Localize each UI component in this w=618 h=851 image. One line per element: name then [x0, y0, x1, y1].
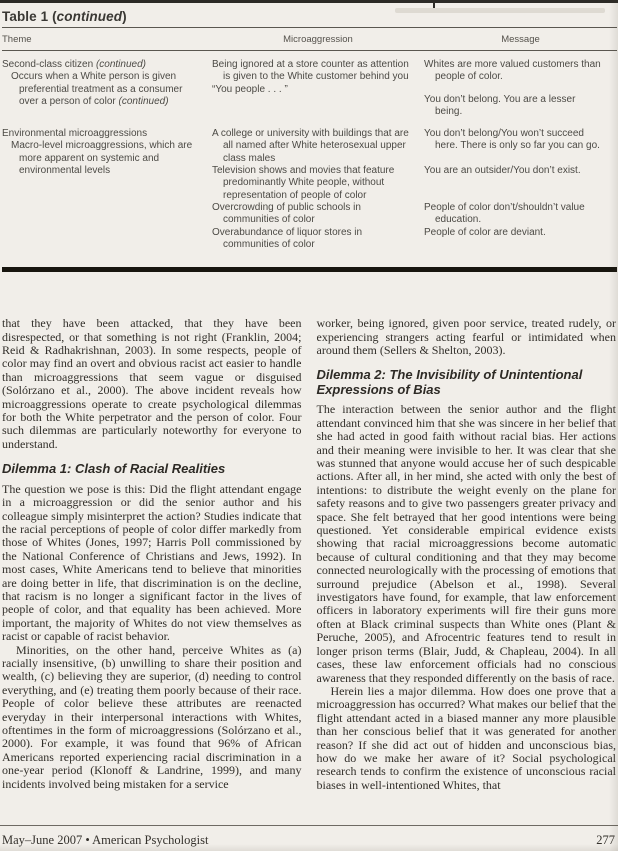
left-column: that they have been attacked, that they … — [2, 317, 302, 792]
message-cell: Whites are more valued customers than pe… — [424, 59, 617, 84]
table-title-continued: continued — [57, 9, 122, 24]
paragraph: The interaction between the senior autho… — [317, 403, 617, 685]
column-header-theme: Theme — [2, 34, 212, 45]
message-cell: People of color are deviant. — [424, 227, 617, 252]
theme-description: Macro-level microaggressions, which are … — [2, 140, 202, 177]
table-1-continued: Table 1 (continued) Theme Microaggressio… — [0, 0, 618, 272]
page-footer: May–June 2007 • American Psychologist 27… — [0, 825, 618, 848]
table-title-prefix: Table 1 ( — [2, 9, 57, 24]
table-title-suffix: ) — [122, 9, 127, 24]
paragraph: Minorities, on the other hand, perceive … — [2, 644, 302, 791]
table-title: Table 1 (continued) — [2, 8, 617, 27]
microaggression-cell: A college or university with buildings t… — [212, 128, 424, 165]
microaggression-cell: Television shows and movies that feature… — [212, 165, 424, 202]
paragraph: that they have been attacked, that they … — [2, 317, 302, 451]
theme-text: Environmental microaggressions — [2, 128, 147, 139]
table-header-row: Theme Microaggression Message — [2, 28, 617, 50]
message-cell: You are an outsider/You don’t exist. — [424, 165, 617, 202]
table-body: Second-class citizen (continued) Occurs … — [2, 51, 617, 265]
paragraph: The question we pose is this: Did the fl… — [2, 483, 302, 644]
theme-label: Environmental microaggressions — [2, 128, 202, 140]
theme-cell: Second-class citizen (continued) Occurs … — [2, 59, 212, 118]
table-row-second-class-citizen: Second-class citizen (continued) Occurs … — [2, 59, 617, 118]
microaggression-cell: “You people . . . ” — [212, 84, 424, 119]
heading-dilemma-1: Dilemma 1: Clash of Racial Realities — [2, 462, 302, 477]
microaggression-cell: Being ignored at a store counter as atte… — [212, 59, 424, 84]
table-row-environmental-microaggressions: Environmental microaggressions Macro-lev… — [2, 128, 617, 251]
journal-line: May–June 2007 • American Psychologist — [2, 833, 208, 848]
issue-date: May–June 2007 — [2, 833, 82, 847]
theme-description-text: Macro-level microaggressions, which are … — [11, 140, 192, 176]
theme-description-continued-note: (continued) — [119, 96, 169, 107]
microaggression-cell: Overcrowding of public schools in commun… — [212, 202, 424, 227]
theme-text: Second-class citizen — [2, 59, 96, 70]
column-header-microaggression: Microaggression — [212, 34, 424, 45]
message-cell: You don’t belong/You won’t succeed here.… — [424, 128, 617, 165]
theme-description: Occurs when a White person is given pref… — [2, 71, 202, 108]
page-number: 277 — [596, 833, 615, 848]
journal-name: American Psychologist — [92, 833, 208, 847]
paragraph: worker, being ignored, given poor servic… — [317, 317, 617, 357]
article-body: that they have been attacked, that they … — [0, 317, 618, 792]
heading-dilemma-2: Dilemma 2: The Invisibility of Unintenti… — [317, 368, 617, 397]
theme-label: Second-class citizen (continued) — [2, 59, 202, 71]
journal-page: Table 1 (continued) Theme Microaggressio… — [0, 0, 618, 851]
microaggression-cell: Overabundance of liquor stores in commun… — [212, 227, 424, 252]
message-cell: You don’t belong. You are a lesser being… — [424, 94, 617, 119]
message-cell: People of color don’t/shouldn’t value ed… — [424, 202, 617, 227]
theme-cell: Environmental microaggressions Macro-lev… — [2, 128, 212, 251]
table-bottom-rule — [2, 267, 617, 272]
right-column: worker, being ignored, given poor servic… — [317, 317, 617, 792]
column-header-message: Message — [424, 34, 617, 45]
theme-continued-note: (continued) — [96, 59, 146, 70]
paragraph: Herein lies a major dilemma. How does on… — [317, 685, 617, 792]
